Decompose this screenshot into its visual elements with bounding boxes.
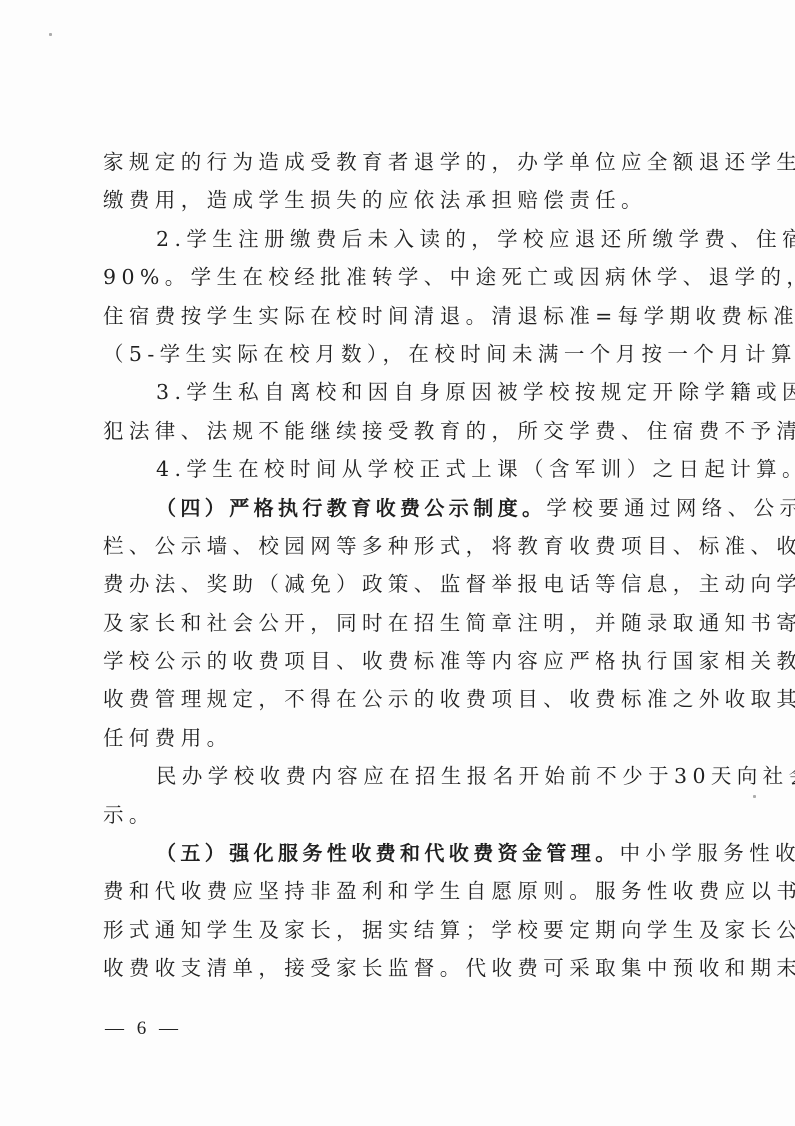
scan-speck (753, 795, 756, 798)
scan-speck (49, 33, 52, 36)
text-span: 学校要通过网络、公示 (546, 496, 795, 520)
text-line: 90%。学生在校经批准转学、中途死亡或因病休学、退学的，学费、 (103, 258, 688, 296)
text-line: 栏、公示墙、校园网等多种形式，将教育收费项目、标准、收（退） (103, 527, 688, 565)
text-line: 及家长和社会公开，同时在招生简章注明，并随录取通知书寄送。 (103, 604, 688, 642)
section-four-heading: （四）严格执行教育收费公示制度。 (156, 496, 546, 520)
text-line: 民办学校收费内容应在招生报名开始前不少于30天向社会公 (103, 757, 688, 795)
text-line: 2.学生注册缴费后未入读的，学校应退还所缴学费、住宿费的 (103, 220, 688, 258)
page-number: — 6 — (105, 1018, 182, 1040)
text-line: 收费管理规定，不得在公示的收费项目、收费标准之外收取其他 (103, 680, 688, 718)
text-line: 住宿费按学生实际在校时间清退。清退标准=每学期收费标准÷5× (103, 297, 688, 335)
text-span: 中小学服务性收 (620, 841, 795, 865)
text-line: 任何费用。 (103, 719, 688, 757)
text-line: 学校公示的收费项目、收费标准等内容应严格执行国家相关教育 (103, 642, 688, 680)
text-line: 费办法、奖助（减免）政策、监督举报电话等信息，主动向学生 (103, 565, 688, 603)
text-line: 示。 (103, 796, 688, 834)
text-line: 费和代收费应坚持非盈利和学生自愿原则。服务性收费应以书面 (103, 872, 688, 910)
text-line: 收费收支清单，接受家长监督。代收费可采取集中预收和期末结 (103, 949, 688, 987)
text-line: 家规定的行为造成受教育者退学的，办学单位应全额退还学生所 (103, 143, 688, 181)
text-line: 犯法律、法规不能继续接受教育的，所交学费、住宿费不予清退。 (103, 412, 688, 450)
document-page: 家规定的行为造成受教育者退学的，办学单位应全额退还学生所 缴费用，造成学生损失的… (0, 0, 795, 1126)
text-line: 3.学生私自离校和因自身原因被学校按规定开除学籍或因触 (103, 373, 688, 411)
text-line: （5-学生实际在校月数），在校时间未满一个月按一个月计算。 (103, 335, 688, 373)
section-five-line: （五）强化服务性收费和代收费资金管理。中小学服务性收 (103, 834, 688, 872)
text-line: 缴费用，造成学生损失的应依法承担赔偿责任。 (103, 181, 688, 219)
section-five-heading: （五）强化服务性收费和代收费资金管理。 (156, 841, 620, 865)
text-line: 4.学生在校时间从学校正式上课（含军训）之日起计算。 (103, 450, 688, 488)
section-four-line: （四）严格执行教育收费公示制度。学校要通过网络、公示 (103, 489, 688, 527)
body-text: 家规定的行为造成受教育者退学的，办学单位应全额退还学生所 缴费用，造成学生损失的… (103, 143, 688, 988)
text-line: 形式通知学生及家长，据实结算；学校要定期向学生及家长公布 (103, 911, 688, 949)
